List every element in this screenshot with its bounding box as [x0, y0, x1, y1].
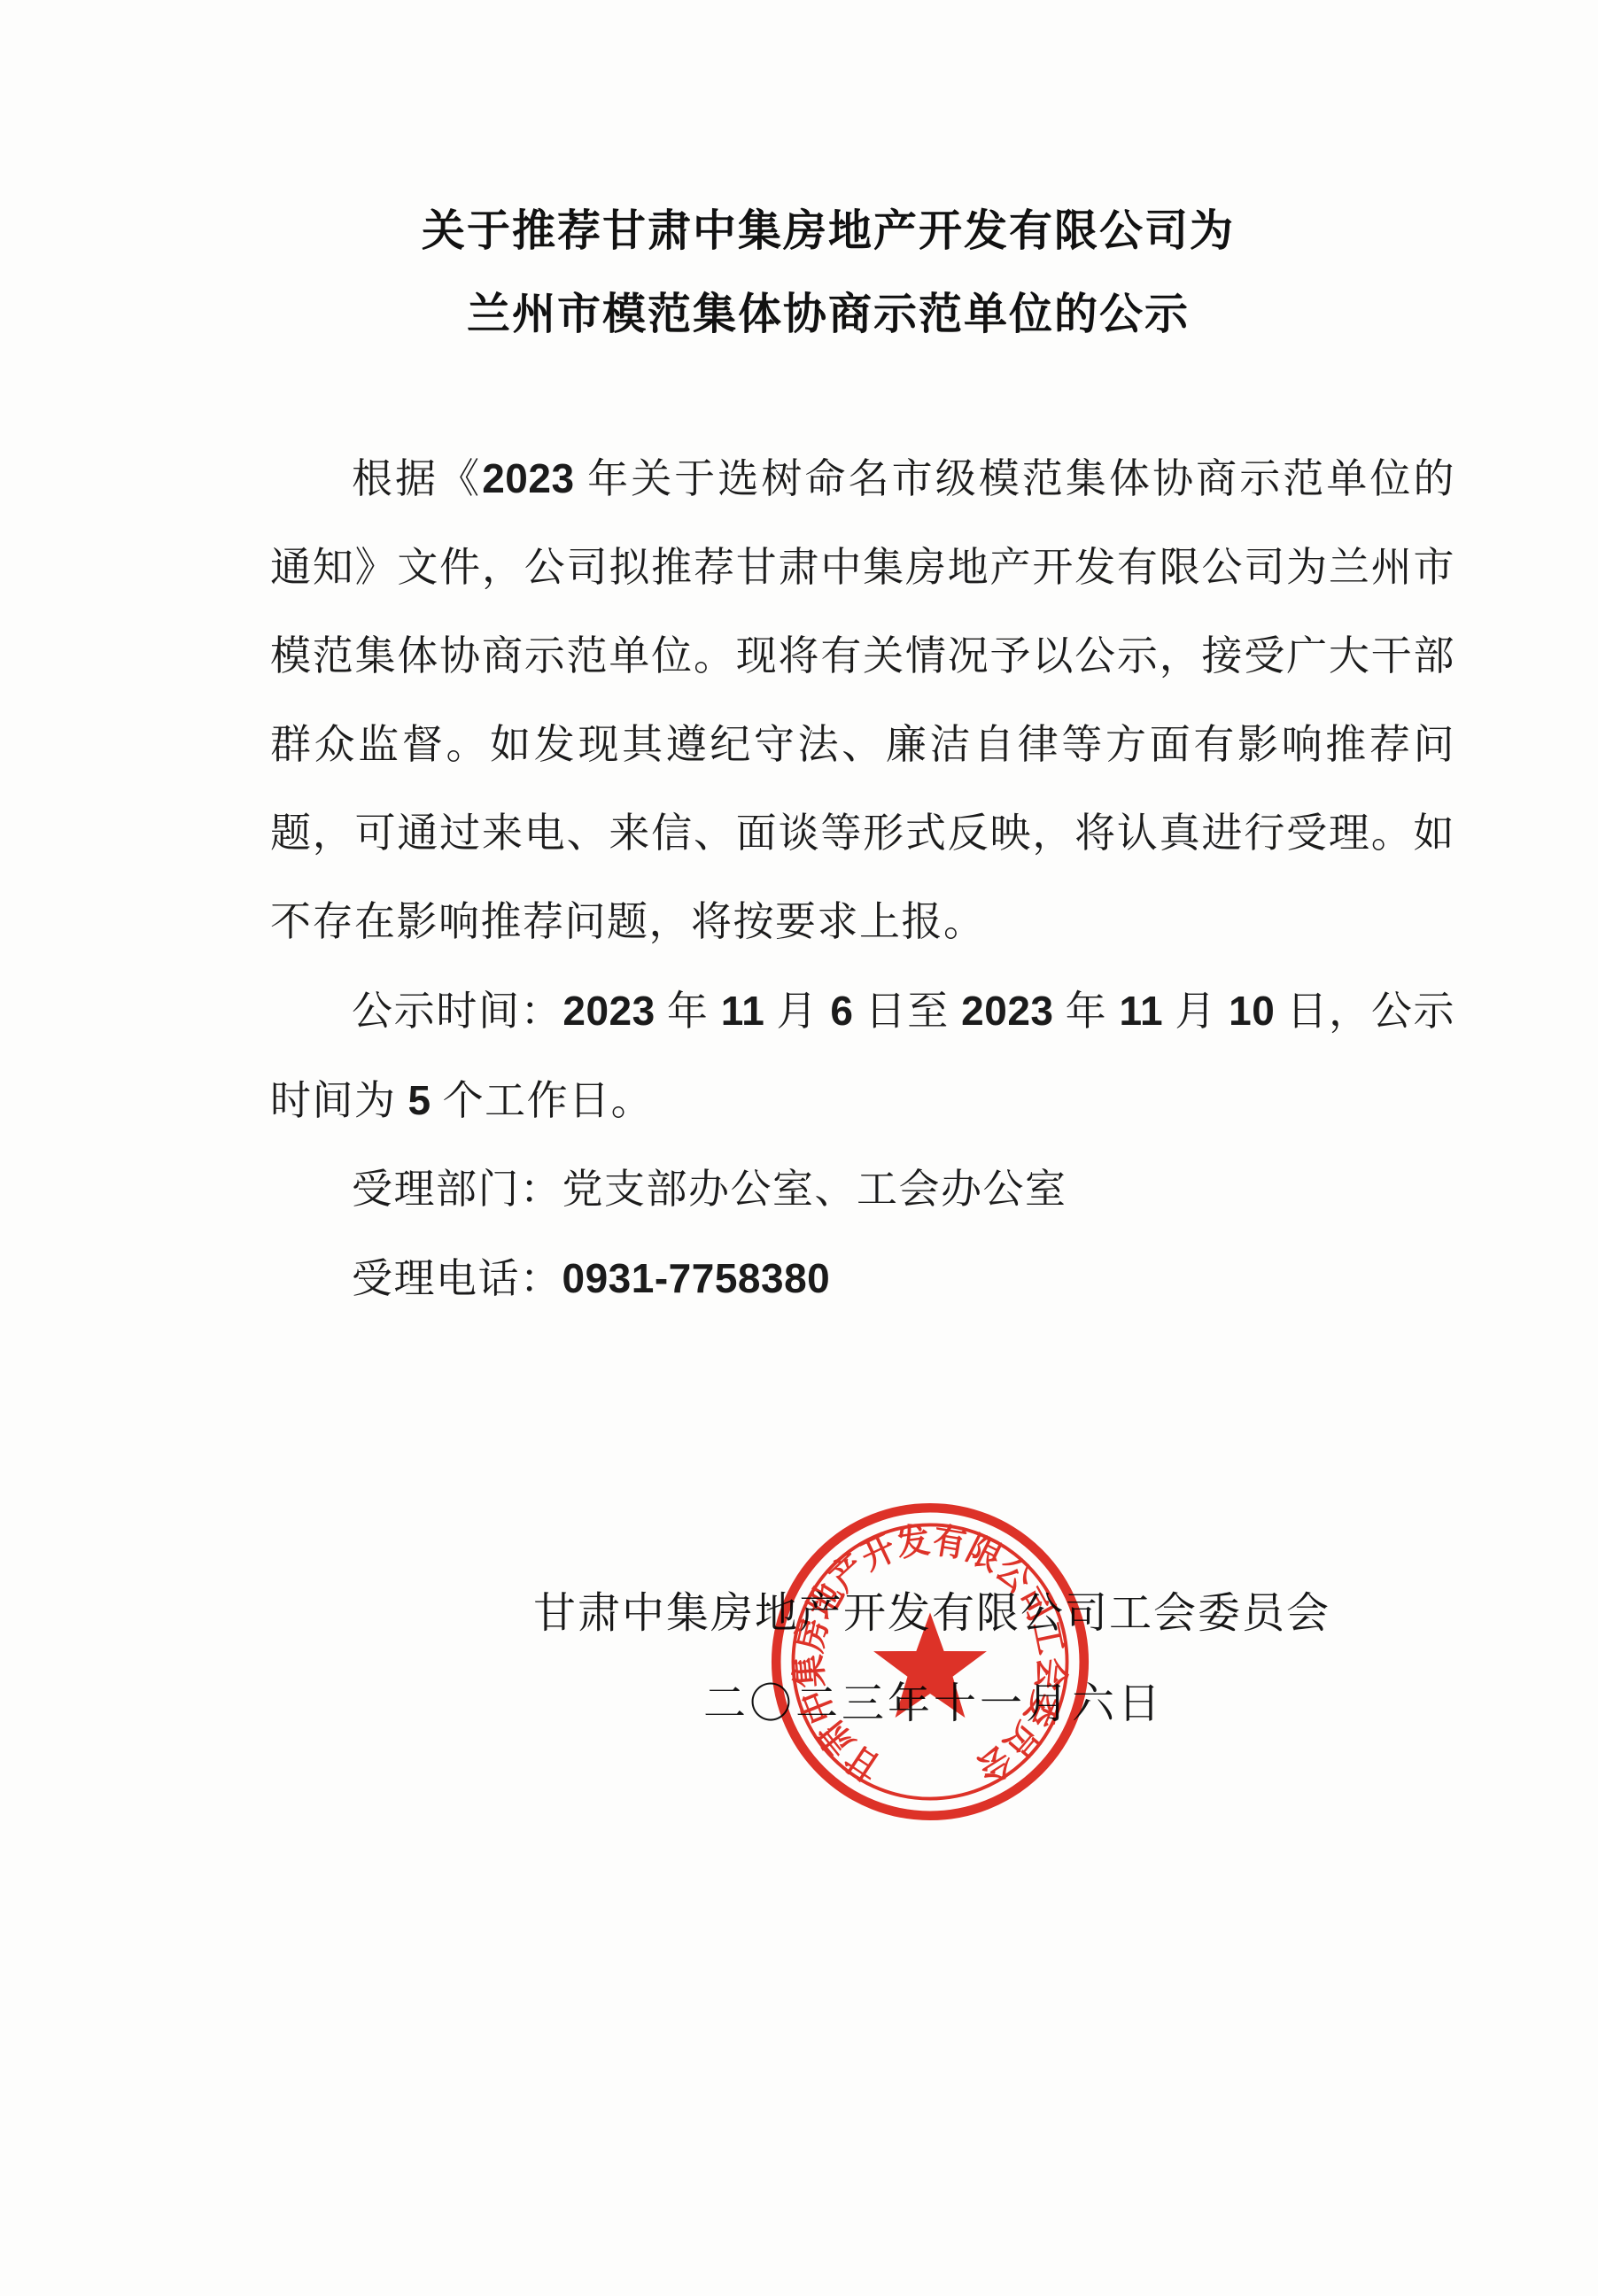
svg-text:甘肃中集房地产开发有限公司工会委员会: 甘肃中集房地产开发有限公司工会委员会 — [788, 1520, 1072, 1789]
intro-paragraph: 根据《2023 年关于选树命名市级模范集体协商示范单位的通知》文件，公司拟推荐甘… — [270, 434, 1455, 966]
seal-outer-ring — [776, 1508, 1084, 1816]
document-body: 根据《2023 年关于选树命名市级模范集体协商示范单位的通知》文件，公司拟推荐甘… — [270, 434, 1455, 1323]
seal-arc-text: 甘肃中集房地产开发有限公司工会委员会 — [788, 1520, 1072, 1789]
publicity-period-paragraph: 公示时间：2023 年 11 月 6 日至 2023 年 11 月 10 日，公… — [270, 966, 1455, 1145]
accepting-phone-paragraph: 受理电话：0931-7758380 — [270, 1234, 1455, 1323]
accepting-department-paragraph: 受理部门：党支部办公室、工会办公室 — [270, 1145, 1455, 1234]
title-line-1: 关于推荐甘肃中集房地产开发有限公司为 — [58, 190, 1598, 273]
notice-document-page: 关于推荐甘肃中集房地产开发有限公司为 兰州市模范集体协商示范单位的公示 根据《2… — [0, 0, 1598, 2296]
signature-date: 二〇二三年十一月六日 — [703, 1669, 1164, 1730]
title-line-2: 兰州市模范集体协商示范单位的公示 — [58, 273, 1598, 356]
official-seal-stamp: 甘肃中集房地产开发有限公司工会委员会 — [760, 1492, 1100, 1832]
document-title: 关于推荐甘肃中集房地产开发有限公司为 兰州市模范集体协商示范单位的公示 — [58, 190, 1598, 356]
signature-committee-name: 甘肃中集房地产开发有限公司工会委员会 — [533, 1578, 1330, 1640]
seal-inner-ring — [793, 1524, 1067, 1798]
